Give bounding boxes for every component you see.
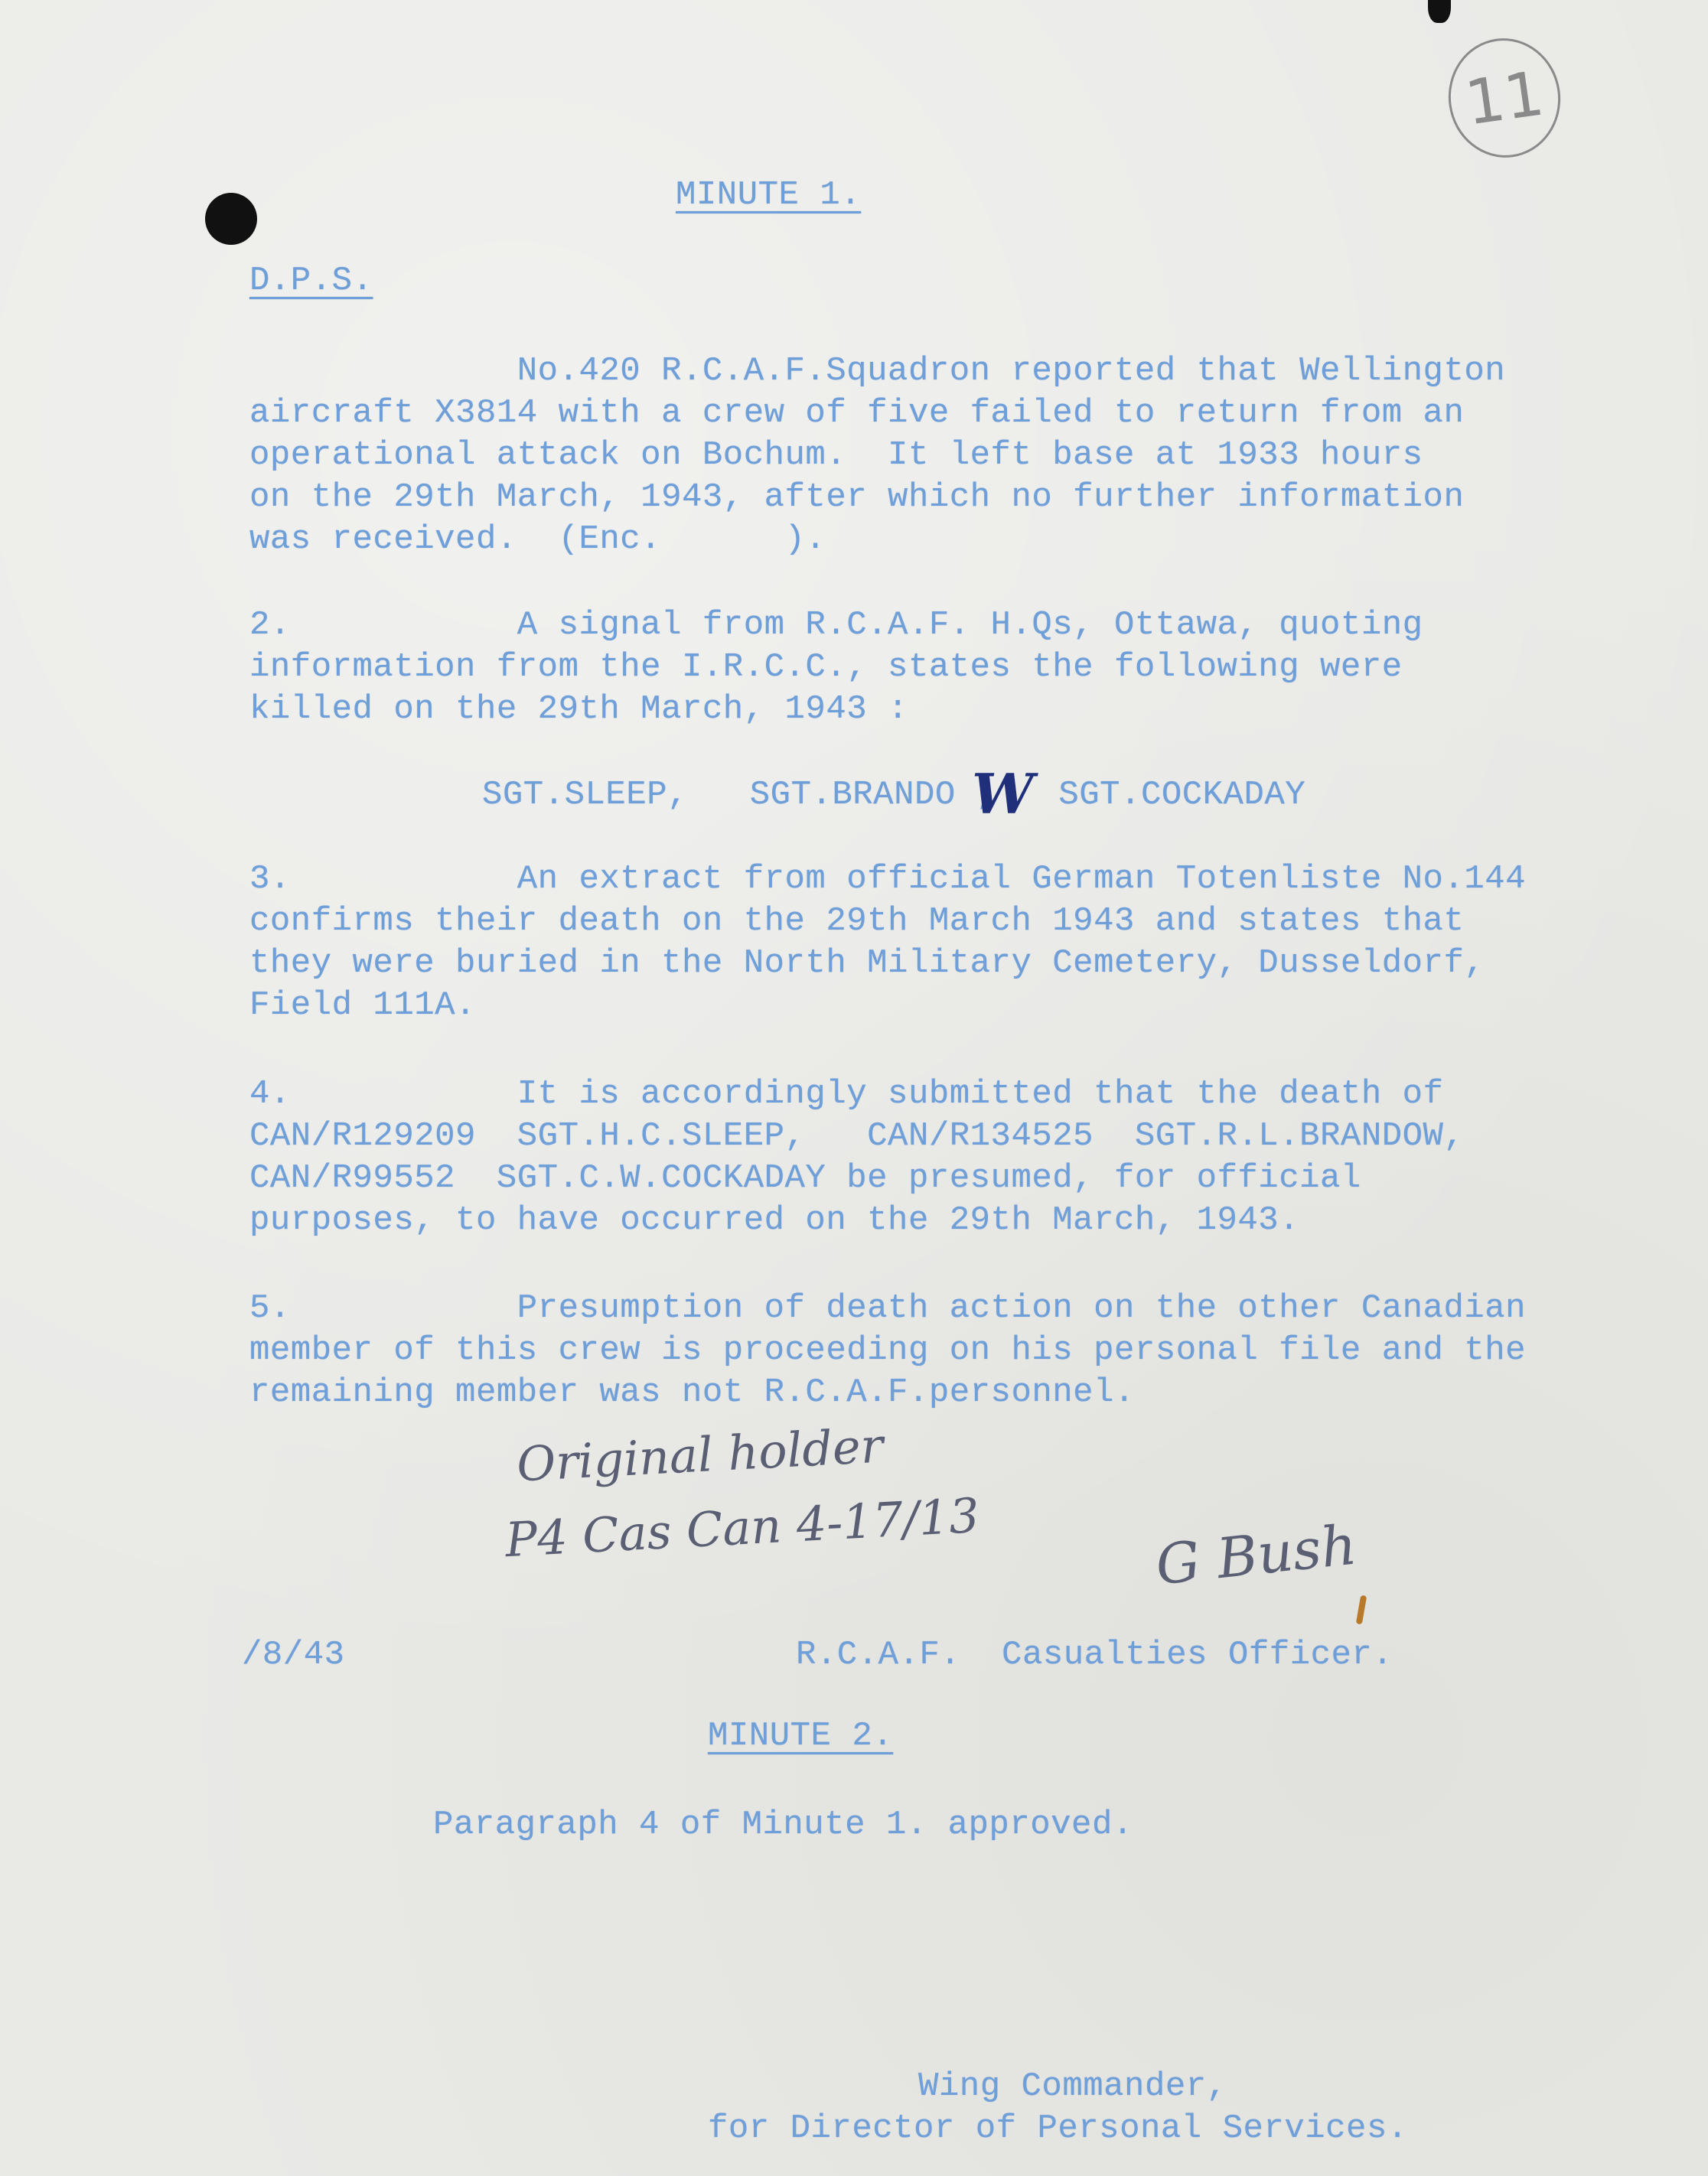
minute1-heading: MINUTE 1.	[676, 174, 861, 217]
p3-line: 3. An extract from official German Toten…	[249, 858, 1526, 901]
p5-line: member of this crew is proceeding on his…	[249, 1330, 1526, 1372]
punch-hole	[205, 193, 257, 245]
minute2-body: Paragraph 4 of Minute 1. approved.	[433, 1804, 1133, 1846]
minute2-signatory-office: for Director of Personal Services.	[708, 2108, 1408, 2150]
punch-hole-top	[1428, 0, 1451, 23]
addressee: D.P.S.	[249, 260, 373, 302]
handwritten-signature: G Bush	[1152, 1512, 1359, 1597]
handwritten-note-line1: Original holder	[515, 1418, 885, 1493]
minute1-date: /8/43	[242, 1634, 345, 1676]
p5-line: remaining member was not R.C.A.F.personn…	[249, 1372, 1135, 1414]
p4-line: purposes, to have occurred on the 29th M…	[249, 1200, 1299, 1242]
p4-line: 4. It is accordingly submitted that the …	[249, 1073, 1443, 1116]
pen-correction: W	[972, 761, 1034, 826]
p3-line: Field 111A.	[249, 985, 476, 1027]
p1-line: was received. (Enc. ).	[249, 519, 826, 561]
p1-line: aircraft X3814 with a crew of five faile…	[249, 393, 1464, 435]
ink-stain	[1356, 1595, 1367, 1625]
p4-line: CAN/R129209 SGT.H.C.SLEEP, CAN/R134525 S…	[249, 1116, 1464, 1158]
minute2-signatory-title: Wing Commander,	[918, 2066, 1227, 2108]
page-number-circle: 11	[1441, 31, 1568, 165]
minute1-signatory: R.C.A.F. Casualties Officer.	[796, 1634, 1393, 1676]
p3-line: they were buried in the North Military C…	[249, 943, 1485, 985]
p2-line: killed on the 29th March, 1943 :	[249, 689, 908, 731]
p3-line: confirms their death on the 29th March 1…	[249, 901, 1464, 943]
p5-line: 5. Presumption of death action on the ot…	[249, 1288, 1526, 1330]
p1-line: No.420 R.C.A.F.Squadron reported that We…	[249, 350, 1505, 393]
handwritten-note-line2: P4 Cas Can 4-17/13	[504, 1487, 981, 1568]
p2-line: 2. A signal from R.C.A.F. H.Qs, Ottawa, …	[249, 604, 1423, 647]
page-number: 11	[1461, 57, 1548, 138]
p4-line: CAN/R99552 SGT.C.W.COCKADAY be presumed,…	[249, 1158, 1361, 1200]
p1-line: on the 29th March, 1943, after which no …	[249, 477, 1464, 519]
casualty-names: SGT.SLEEP, SGT.BRANDO , SGT.COCKADAY	[482, 774, 1305, 816]
p2-line: information from the I.R.C.C., states th…	[249, 647, 1403, 689]
p1-line: operational attack on Bochum. It left ba…	[249, 435, 1423, 477]
minute2-heading: MINUTE 2.	[708, 1715, 893, 1757]
